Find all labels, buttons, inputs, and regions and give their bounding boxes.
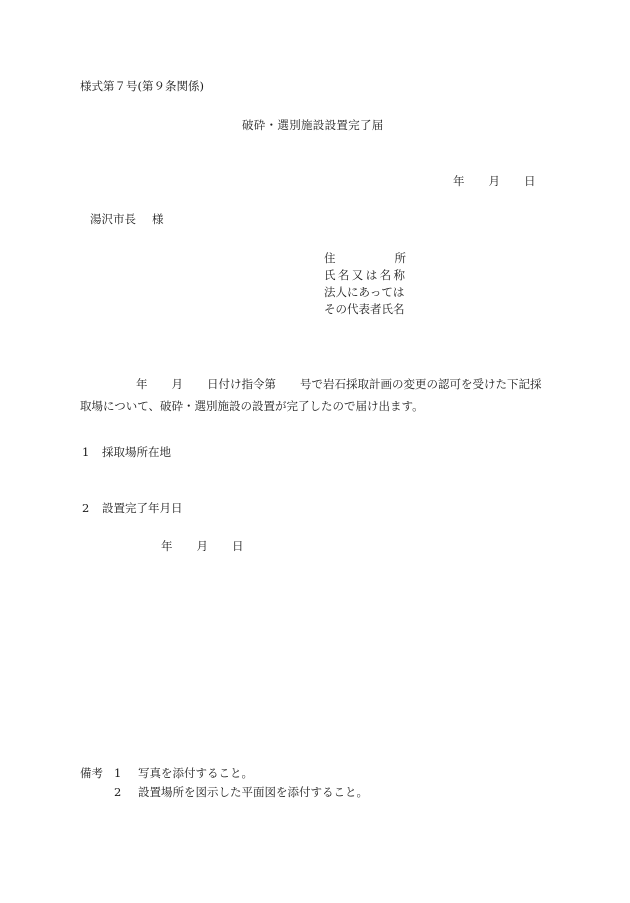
- notes-section: 備考 1 写真を添付すること。 2 設置場所を図示した平面図を添付すること。: [80, 764, 368, 802]
- form-number: 様式第７号(第９条関係): [80, 81, 204, 93]
- date-year-label: 年: [453, 176, 465, 188]
- body-line-2: 取場について、破砕・選別施設の設置が完了したので届け出ます。: [80, 395, 550, 417]
- addressee: 湯沢市長様: [90, 214, 164, 226]
- applicant-block: 住 所 氏名又は名称 法人にあっては その代表者氏名: [324, 250, 406, 318]
- date-month-label: 月: [489, 176, 501, 188]
- address-label-right: 所: [395, 250, 407, 267]
- note-row: 2 設置場所を図示した平面図を添付すること。: [80, 783, 368, 802]
- body-directive-label: 日付け指令第: [207, 377, 276, 391]
- note-number: 2: [114, 783, 138, 802]
- addressee-honorific: 様: [152, 212, 164, 226]
- completion-year-label: 年: [161, 539, 173, 553]
- body-line-1-rest: 号で岩石採取計画の変更の認可を受けた下記採: [300, 377, 542, 391]
- completion-day-label: 日: [232, 539, 244, 553]
- note-number: 1: [114, 764, 138, 783]
- submission-date: 年月日: [453, 176, 536, 188]
- completion-date-fields: 年月日: [161, 541, 244, 553]
- item-label: 採取場所在地: [102, 445, 171, 459]
- notes-label: 備考: [80, 764, 114, 783]
- applicant-name-label: 氏名又は名称: [324, 267, 406, 284]
- addressee-name: 湯沢市長: [90, 212, 136, 226]
- applicant-representative-label: その代表者氏名: [324, 301, 406, 318]
- note-text: 写真を添付すること。: [138, 764, 253, 783]
- body-line-1: 年月日付け指令第号で岩石採取計画の変更の認可を受けた下記採: [80, 373, 550, 395]
- item-completion-date: 2設置完了年月日: [82, 503, 183, 515]
- date-day-label: 日: [524, 176, 536, 188]
- completion-month-label: 月: [197, 539, 209, 553]
- body-year-label: 年: [136, 377, 148, 391]
- body-paragraph: 年月日付け指令第号で岩石採取計画の変更の認可を受けた下記採 取場について、破砕・…: [80, 373, 550, 417]
- note-text: 設置場所を図示した平面図を添付すること。: [138, 783, 368, 802]
- document-title: 破砕・選別施設設置完了届: [242, 120, 384, 132]
- item-label: 設置完了年月日: [102, 501, 183, 515]
- item-number: 2: [82, 503, 102, 515]
- note-row: 備考 1 写真を添付すること。: [80, 764, 368, 783]
- applicant-corporate-label: 法人にあっては: [324, 284, 406, 301]
- address-label-left: 住: [324, 250, 336, 267]
- item-quarry-location: 1採取場所在地: [82, 447, 171, 459]
- body-month-label: 月: [172, 377, 184, 391]
- applicant-address-label: 住 所: [324, 250, 406, 267]
- item-number: 1: [82, 447, 102, 459]
